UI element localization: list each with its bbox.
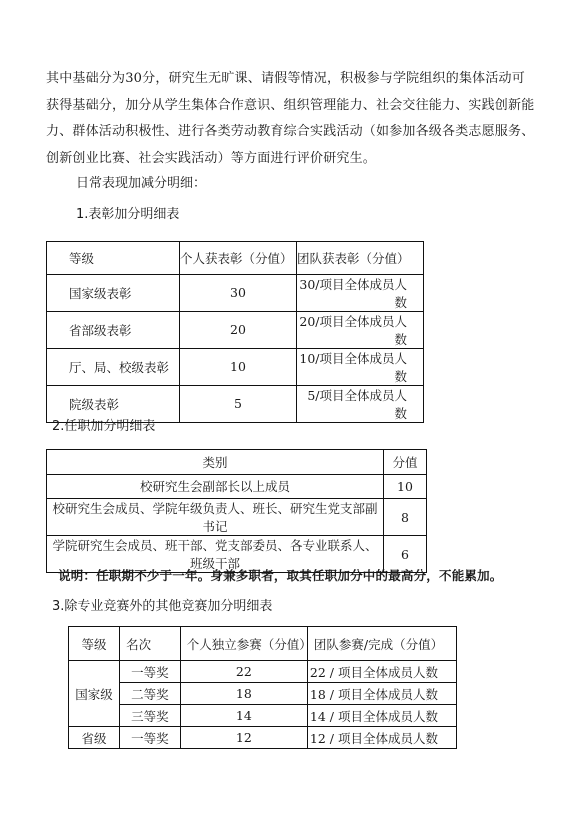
section-heading: 日常表现加减分明细： — [76, 176, 206, 192]
commendation-points-table: 等级 个人获表彰（分值） 团队获表彰（分值） 国家级表彰 30 30/项目全体成… — [46, 241, 424, 423]
category-cell: 校研究生会副部长以上成员 — [47, 474, 384, 499]
rank-cell: 三等奖 — [120, 705, 181, 727]
table-row: 院级表彰 5 5/项目全体成员人数 — [47, 385, 424, 422]
individual-points-cell: 22 — [180, 661, 307, 683]
header-cell: 分值 — [384, 450, 427, 475]
individual-points-cell: 12 — [180, 727, 307, 749]
rank-cell: 二等奖 — [120, 683, 181, 705]
header-cell: 等级 — [69, 627, 120, 661]
table-row: 三等奖 14 14 / 项目全体成员人数 — [69, 705, 457, 727]
table-header-row: 等级 名次 个人独立参赛（分值） 团队参赛/完成（分值） — [69, 627, 457, 661]
individual-points-cell: 5 — [180, 385, 297, 422]
table-row: 校研究生会副部长以上成员 10 — [47, 474, 427, 499]
individual-points-cell: 30 — [180, 274, 297, 311]
rank-cell: 一等奖 — [120, 727, 181, 749]
intro-paragraph: 其中基础分为30分，研究生无旷课、请假等情况，积极参与学院组织的集体活动可获得基… — [46, 66, 536, 172]
team-points-cell: 18 / 项目全体成员人数 — [307, 683, 456, 705]
table-row: 省级 一等奖 12 12 / 项目全体成员人数 — [69, 727, 457, 749]
table-header-row: 等级 个人获表彰（分值） 团队获表彰（分值） — [47, 242, 424, 275]
header-cell: 等级 — [47, 242, 180, 275]
points-cell: 10 — [384, 474, 427, 499]
table-row: 国家级表彰 30 30/项目全体成员人数 — [47, 274, 424, 311]
level-cell: 省部级表彰 — [47, 311, 180, 348]
team-points-cell: 22 / 项目全体成员人数 — [307, 661, 456, 683]
category-cell: 校研究生会成员、学院年级负责人、班长、研究生党支部副书记 — [47, 499, 384, 536]
table2-title: 2.任职加分明细表 — [52, 419, 155, 435]
header-cell: 团队获表彰（分值） — [296, 242, 423, 275]
individual-points-cell: 20 — [180, 311, 297, 348]
position-note: 说明：任职期不少于一年。身兼多职者，取其任职加分中的最高分，不能累加。 — [58, 566, 503, 584]
team-points-cell: 14 / 项目全体成员人数 — [307, 705, 456, 727]
level-cell: 国家级表彰 — [47, 274, 180, 311]
team-points-cell: 5/项目全体成员人数 — [296, 385, 423, 422]
team-points-cell: 20/项目全体成员人数 — [296, 311, 423, 348]
rank-cell: 一等奖 — [120, 661, 181, 683]
individual-points-cell: 14 — [180, 705, 307, 727]
header-cell: 个人获表彰（分值） — [180, 242, 297, 275]
level-cell: 国家级 — [69, 661, 120, 727]
team-points-cell: 12 / 项目全体成员人数 — [307, 727, 456, 749]
competition-points-table: 等级 名次 个人独立参赛（分值） 团队参赛/完成（分值） 国家级 一等奖 22 … — [68, 626, 457, 749]
table-row: 二等奖 18 18 / 项目全体成员人数 — [69, 683, 457, 705]
header-cell: 团队参赛/完成（分值） — [307, 627, 456, 661]
header-cell: 类别 — [47, 450, 384, 475]
header-cell: 名次 — [120, 627, 181, 661]
individual-points-cell: 10 — [180, 348, 297, 385]
table-row: 校研究生会成员、学院年级负责人、班长、研究生党支部副书记 8 — [47, 499, 427, 536]
table-header-row: 类别 分值 — [47, 450, 427, 475]
table-row: 厅、局、校级表彰 10 10/项目全体成员人数 — [47, 348, 424, 385]
team-points-cell: 10/项目全体成员人数 — [296, 348, 423, 385]
header-cell: 个人独立参赛（分值） — [180, 627, 307, 661]
individual-points-cell: 18 — [180, 683, 307, 705]
level-cell: 厅、局、校级表彰 — [47, 348, 180, 385]
team-points-cell: 30/项目全体成员人数 — [296, 274, 423, 311]
table-row: 国家级 一等奖 22 22 / 项目全体成员人数 — [69, 661, 457, 683]
position-points-table: 类别 分值 校研究生会副部长以上成员 10 校研究生会成员、学院年级负责人、班长… — [46, 449, 427, 573]
table3-title: 3.除专业竞赛外的其他竞赛加分明细表 — [52, 599, 272, 615]
table-row: 省部级表彰 20 20/项目全体成员人数 — [47, 311, 424, 348]
points-cell: 8 — [384, 499, 427, 536]
table1-title: 1.表彰加分明细表 — [76, 207, 179, 223]
level-cell: 省级 — [69, 727, 120, 749]
level-cell: 院级表彰 — [47, 385, 180, 422]
